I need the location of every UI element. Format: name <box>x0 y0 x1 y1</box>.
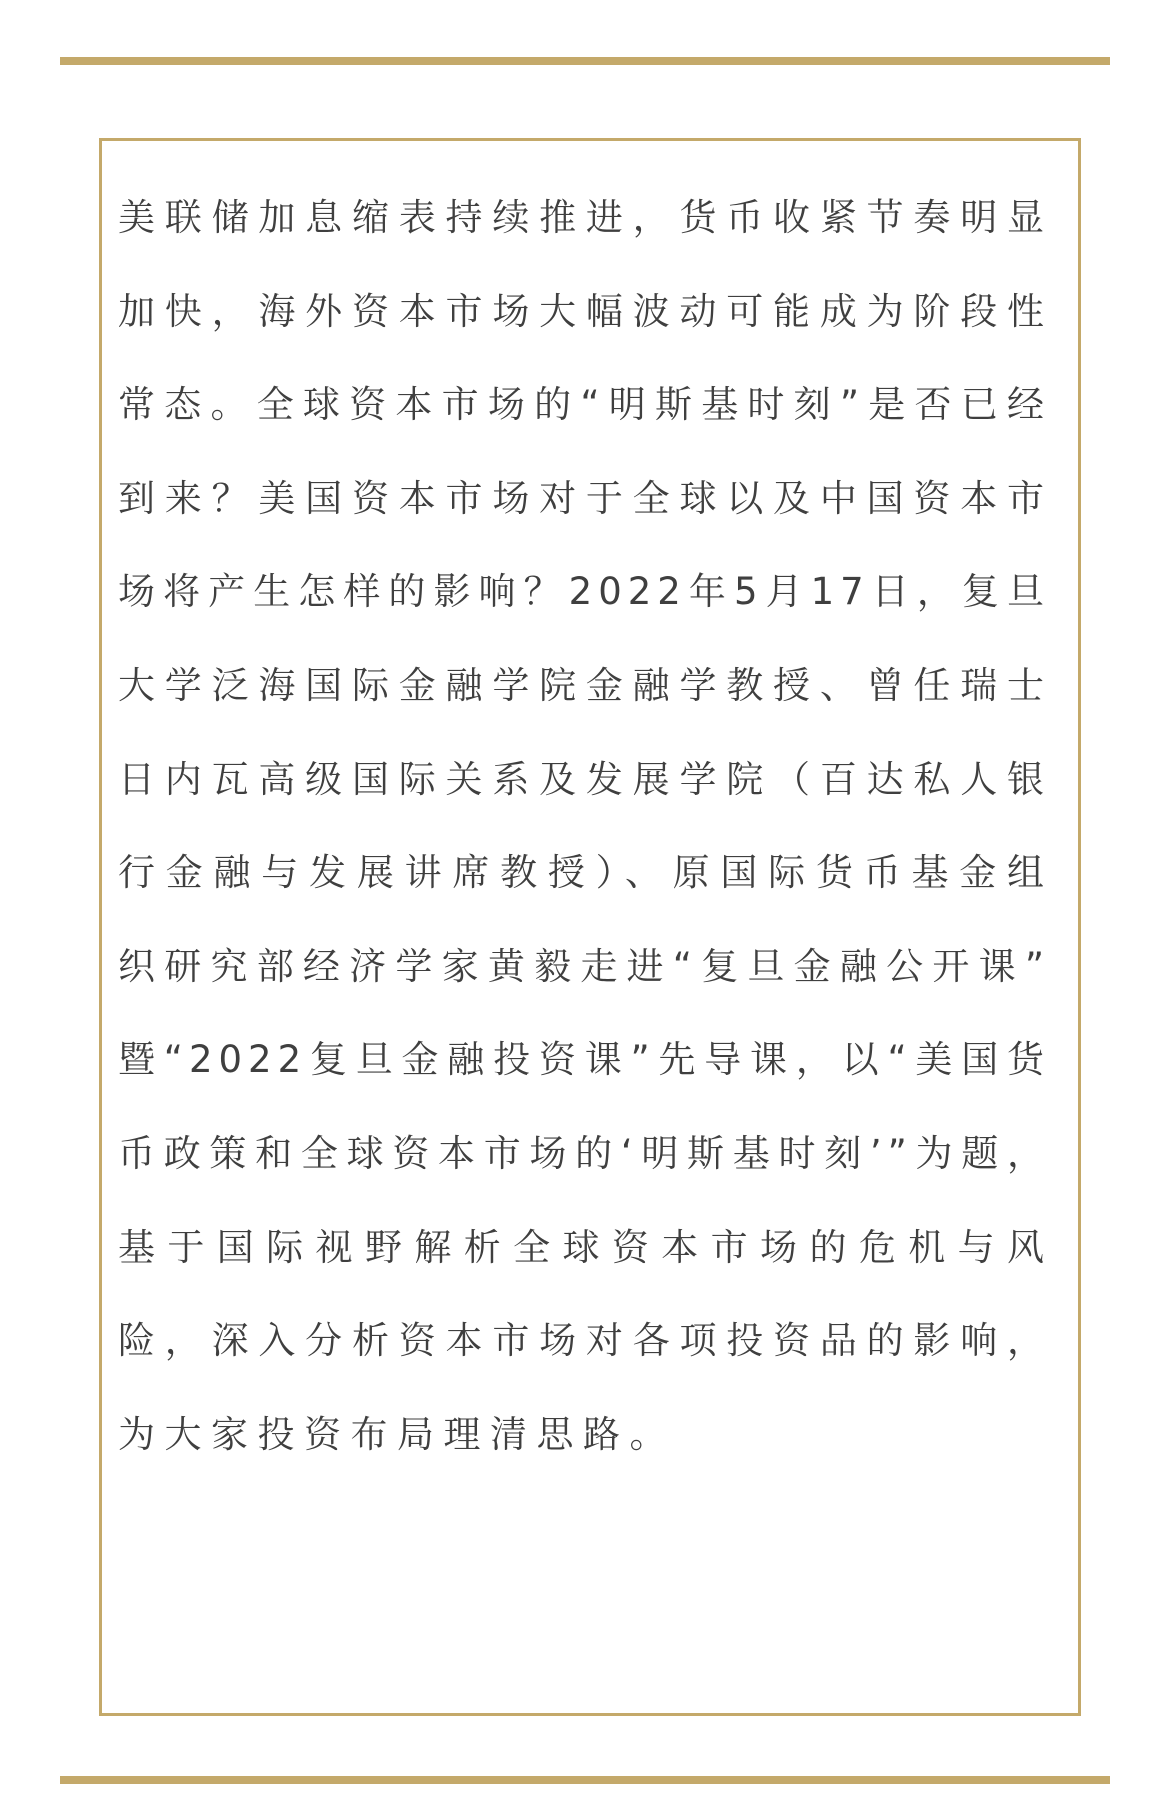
paragraph-line: 行金融与发展讲席教授）、原国际货币基金组 <box>118 826 1050 920</box>
bottom-divider-bar <box>60 1776 1110 1784</box>
top-divider-bar <box>60 57 1110 65</box>
paragraph-line: 加快，海外资本市场大幅波动可能成为阶段性 <box>118 265 1050 359</box>
paragraph-line: 美联储加息缩表持续推进，货币收紧节奏明显 <box>118 171 1050 265</box>
paragraph-line: 到来？美国资本市场对于全球以及中国资本市 <box>118 452 1050 546</box>
paragraph-line: 常态。全球资本市场的“明斯基时刻”是否已经 <box>118 358 1050 452</box>
paragraph-line: 织研究部经济学家黄毅走进“复旦金融公开课” <box>118 920 1050 1014</box>
paragraph-line: 币政策和全球资本市场的‘明斯基时刻’”为题， <box>118 1107 1050 1201</box>
paragraph-line: 大学泛海国际金融学院金融学教授、曾任瑞士 <box>118 639 1050 733</box>
paragraph-line: 险，深入分析资本市场对各项投资品的影响， <box>118 1294 1050 1388</box>
paragraph-line: 暨“2022复旦金融投资课”先导课，以“美国货 <box>118 1013 1050 1107</box>
paragraph-line: 场将产生怎样的影响？2022年5月17日，复旦 <box>118 545 1050 639</box>
article-paragraph: 美联储加息缩表持续推进，货币收紧节奏明显 加快，海外资本市场大幅波动可能成为阶段… <box>118 171 1050 1481</box>
paragraph-line: 基于国际视野解析全球资本市场的危机与风 <box>118 1201 1050 1295</box>
paragraph-line: 日内瓦高级国际关系及发展学院（百达私人银 <box>118 733 1050 827</box>
paragraph-line-last: 为大家投资布局理清思路。 <box>118 1388 1050 1482</box>
